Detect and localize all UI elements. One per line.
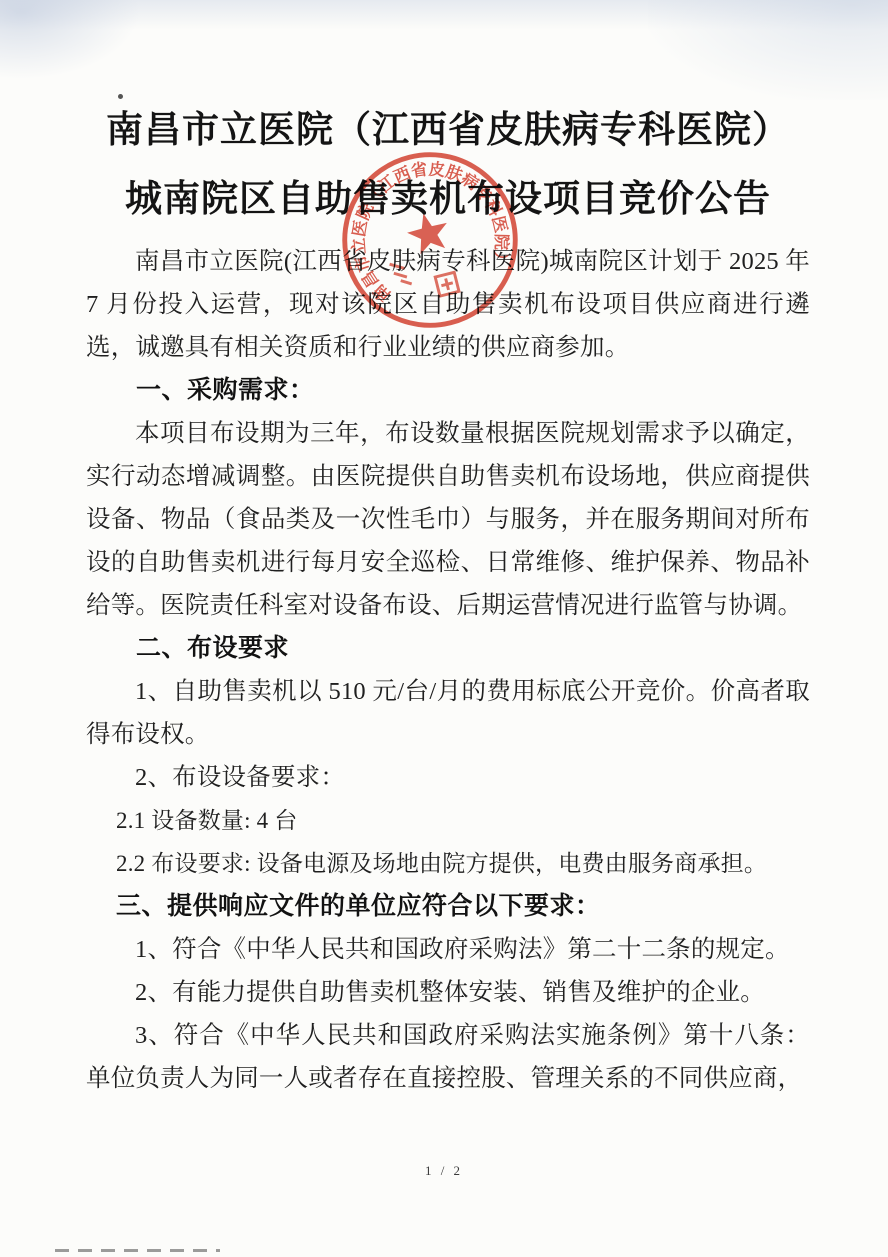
section-2-item-1: 1、自助售卖机以 510 元/台/月的费用标底公开竞价。价高者取得布设权。 xyxy=(86,670,810,756)
section-3-heading: 三、提供响应文件的单位应符合以下要求： xyxy=(86,885,810,928)
section-3-item-3: 3、符合《中华人民共和国政府采购法实施条例》第十八条：单位负责人为同一人或者存在… xyxy=(86,1014,810,1100)
document-title: 南昌市立医院（江西省皮肤病专科医院） 城南院区自助售卖机布设项目竞价公告 xyxy=(86,96,810,234)
intro-paragraph: 南昌市立医院(江西省皮肤病专科医院)城南院区计划于 2025 年 7 月份投入运… xyxy=(86,240,810,369)
scan-edge-tint xyxy=(0,0,888,30)
scan-corner-shadow-left xyxy=(0,0,140,80)
document-content: 南昌市立医院（江西省皮肤病专科医院） 城南院区自助售卖机布设项目竞价公告 南昌市… xyxy=(86,96,810,1100)
document-body: 南昌市立医院(江西省皮肤病专科医院)城南院区计划于 2025 年 7 月份投入运… xyxy=(86,240,810,1100)
section-3-item-2: 2、有能力提供自助售卖机整体安装、销售及维护的企业。 xyxy=(86,971,810,1014)
page-number: 1 / 2 xyxy=(0,1163,888,1179)
scanned-document-page: 南昌市立医院（江西省皮肤病专科医院） 城南院区自助售卖机布设项目竞价公告 南昌市… xyxy=(0,0,888,1257)
section-2-item-2: 2、布设设备要求： xyxy=(86,756,810,799)
section-1-paragraph: 本项目布设期为三年，布设数量根据医院规划需求予以确定，实行动态增减调整。由医院提… xyxy=(86,412,810,627)
section-1-heading: 一、采购需求： xyxy=(86,369,810,412)
scan-smudge xyxy=(55,1249,220,1252)
section-2-subitem-2-2: 2.2 布设要求: 设备电源及场地由院方提供，电费由服务商承担。 xyxy=(86,842,810,885)
title-line-2: 城南院区自助售卖机布设项目竞价公告 xyxy=(86,165,810,234)
section-2-heading: 二、布设要求 xyxy=(86,627,810,670)
scan-corner-shadow-right xyxy=(648,0,888,100)
section-2-subitem-2-1: 2.1 设备数量: 4 台 xyxy=(86,799,810,842)
title-line-1: 南昌市立医院（江西省皮肤病专科医院） xyxy=(86,96,810,165)
section-3-item-1: 1、符合《中华人民共和国政府采购法》第二十二条的规定。 xyxy=(86,928,810,971)
